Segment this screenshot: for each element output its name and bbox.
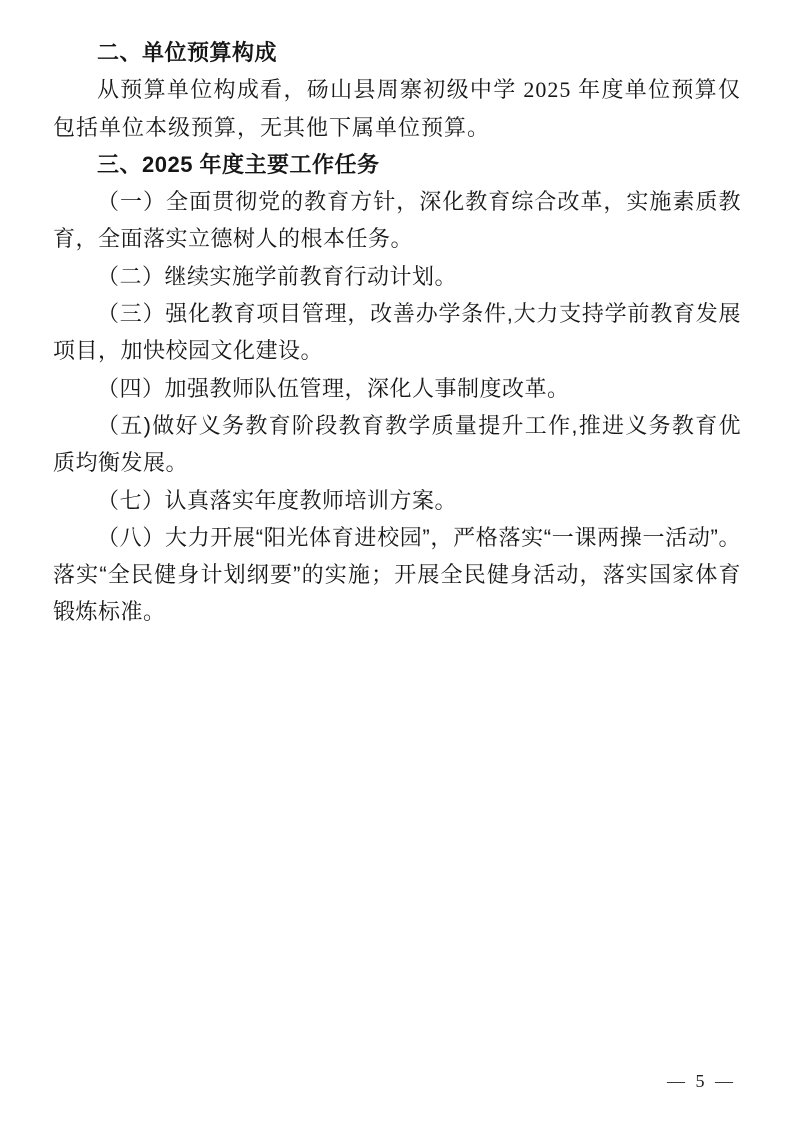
document-content: 二、单位预算构成 从预算单位构成看，砀山县周寨初级中学 2025 年度单位预算仅… <box>53 34 741 631</box>
work-task-item-7: （七）认真落实年度教师培训方案。 <box>53 482 741 519</box>
work-task-item-2: （二）继续实施学前教育行动计划。 <box>53 258 741 295</box>
paragraph-unit-budget: 从预算单位构成看，砀山县周寨初级中学 2025 年度单位预算仅包括单位本级预算，… <box>53 71 741 146</box>
work-task-item-5: （五)做好义务教育阶段教育教学质量提升工作,推进义务教育优质均衡发展。 <box>53 407 741 482</box>
page-number: — 5 — <box>667 1071 733 1092</box>
document-page: 二、单位预算构成 从预算单位构成看，砀山县周寨初级中学 2025 年度单位预算仅… <box>0 0 793 1122</box>
work-task-item-3: （三）强化教育项目管理，改善办学条件,大力支持学前教育发展项目，加快校园文化建设… <box>53 295 741 370</box>
section-heading-unit-budget: 二、单位预算构成 <box>53 34 741 71</box>
section-heading-work-tasks: 三、2025 年度主要工作任务 <box>53 146 741 183</box>
work-task-item-4: （四）加强教师队伍管理，深化人事制度改革。 <box>53 370 741 407</box>
work-task-item-8: （八）大力开展“阳光体育进校园”，严格落实“一课两操一活动”。落实“全民健身计划… <box>53 519 741 631</box>
work-task-item-1: （一）全面贯彻党的教育方针，深化教育综合改革，实施素质教育，全面落实立德树人的根… <box>53 183 741 258</box>
